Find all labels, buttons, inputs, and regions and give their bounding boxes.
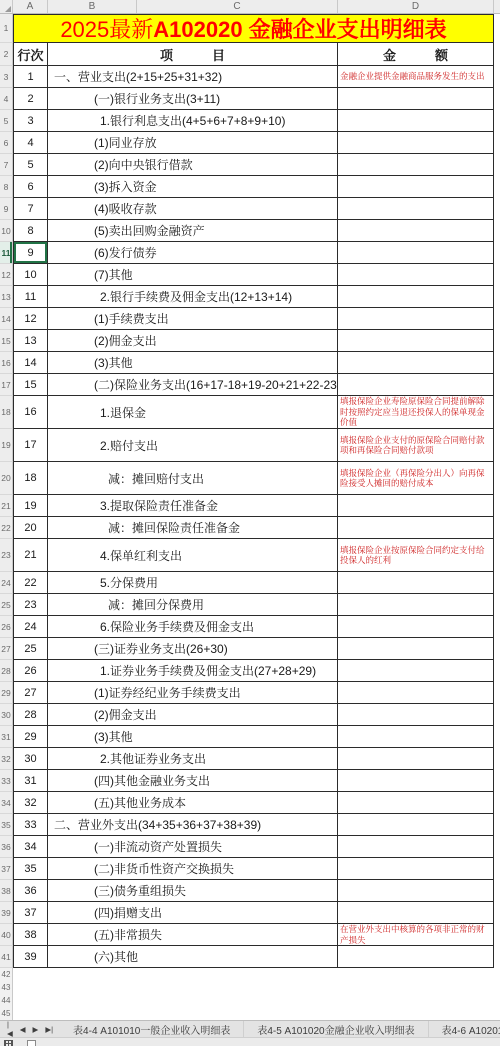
table-row: 1715(二)保险业务支出(16+17-18+19-20+21+22-23+24… [0,374,500,396]
cell-item[interactable]: (2)佣金支出 [48,330,338,352]
cell-item[interactable]: 2.赔付支出 [48,429,338,462]
cell-amount[interactable] [338,814,494,836]
cell-amount[interactable] [338,572,494,594]
cell-item[interactable]: (五)非常损失 [48,924,338,946]
cell-amount[interactable] [338,946,494,968]
row-header[interactable]: 34 [0,792,13,814]
cell-item[interactable]: (2)向中央银行借款 [48,154,338,176]
cell-line-number[interactable]: 12 [13,308,48,330]
cell-line-number[interactable]: 39 [13,946,48,968]
table-row: 1614(3)其他 [0,352,500,374]
cell-item[interactable]: (一)银行业务支出(3+11) [48,88,338,110]
cell-amount[interactable] [338,726,494,748]
cell-amount[interactable]: 填报保险企业按原保险合同约定支付给投保人的红利 [338,539,494,572]
cell-item[interactable]: 2.其他证券业务支出 [48,748,338,770]
table-row: 2725(三)证券业务支出(26+30) [0,638,500,660]
cell-line-number[interactable]: 27 [13,682,48,704]
row-header[interactable]: 12 [0,264,13,286]
row-header[interactable]: 8 [0,176,13,198]
table-row: 3028(2)佣金支出 [0,704,500,726]
column-header-strip: A B C D [0,0,500,14]
header-line-number[interactable]: 行次 [13,43,48,66]
cell-amount[interactable] [338,308,494,330]
status-bar [0,1037,500,1046]
cell-item[interactable]: (1)手续费支出 [48,308,338,330]
sheet-tab-a101020[interactable]: 表4-5 A101020金融企业收入明细表 [244,1021,428,1037]
cell-line-number[interactable]: 17 [13,429,48,462]
column-header-a[interactable]: A [13,0,48,13]
grid-view-icon[interactable] [4,1040,13,1046]
cell-amount[interactable]: 填报保险企业寿险原保险合同提前解除时按照约定应当退还投保人的保单现金价值 [338,396,494,429]
row-header[interactable]: 28 [0,660,13,682]
table-body: 31一、营业支出(2+15+25+31+32)金融企业提供金融商品服务发生的支出… [0,66,500,1020]
row-header[interactable]: 5 [0,110,13,132]
cell-item[interactable]: (二)保险业务支出(16+17-18+19-20+21+22-23+24) [48,374,338,396]
table-row: 2220减：摊回保险责任准备金 [0,517,500,539]
title-main: A102020 金融企业支出明细表 [153,14,446,43]
row-header[interactable]: 33 [0,770,13,792]
cell-item[interactable]: (3)其他 [48,352,338,374]
cell-line-number[interactable]: 29 [13,726,48,748]
next-sheet-icon[interactable]: ▶ [33,1025,39,1034]
cell-amount[interactable] [338,495,494,517]
cell-line-number[interactable]: 22 [13,572,48,594]
title-row: 1 2025最新A102020 金融企业支出明细表 [0,14,500,43]
sheet-tab-a102010[interactable]: 表4-6 A102010一般企业成本支出明细表 [429,1021,500,1037]
table-row: 23214.保单红利支出填报保险企业按原保险合同约定支付给投保人的红利 [0,539,500,572]
cell-line-number[interactable]: 5 [13,154,48,176]
table-row: 75(2)向中央银行借款 [0,154,500,176]
cell-item[interactable]: (3)其他 [48,726,338,748]
select-all-corner[interactable] [0,0,13,13]
table-row: 3937(四)捐赠支出 [0,902,500,924]
row-header[interactable]: 7 [0,154,13,176]
row-header[interactable]: 1 [0,14,13,43]
cell-item[interactable]: (2)佣金支出 [48,704,338,726]
row-header[interactable]: 21 [0,495,13,517]
row-header[interactable]: 22 [0,517,13,539]
row-header[interactable]: 41 [0,946,13,968]
cell-item[interactable]: (1)证券经纪业务手续费支出 [48,682,338,704]
cell-line-number[interactable]: 26 [13,660,48,682]
cell-line-number[interactable]: 7 [13,198,48,220]
sheet-tab-bar: |◀ ◀ ▶ ▶| 表4-4 A101010一般企业收入明细表 表4-5 A10… [0,1020,500,1037]
table-row: 1513(2)佣金支出 [0,330,500,352]
cell-item[interactable]: (三)证券业务支出(26+30) [48,638,338,660]
row-header[interactable]: 10 [0,220,13,242]
table-row: 97(4)吸收存款 [0,198,500,220]
cell-amount[interactable] [338,154,494,176]
column-header-filler [494,0,500,13]
cell-item[interactable]: 2.银行手续费及佣金支出(12+13+14) [48,286,338,308]
cell-amount[interactable] [338,242,494,264]
row-header[interactable]: 26 [0,616,13,638]
row-header[interactable]: 37 [0,858,13,880]
table-row: 2523减：摊回分保费用 [0,594,500,616]
cell-item[interactable]: 减：摊回分保费用 [48,594,338,616]
cell-amount[interactable] [338,858,494,880]
row-header[interactable]: 43 [0,981,13,994]
cell-item[interactable]: 1.退保金 [48,396,338,429]
table-header-row: 2 行次 项 目 金 额 [0,43,500,66]
table-row: 86(3)拆入资金 [0,176,500,198]
table-row: 1210(7)其他 [0,264,500,286]
table-row: 21193.提取保险责任准备金 [0,495,500,517]
row-header[interactable]: 17 [0,374,13,396]
row-header[interactable]: 32 [0,748,13,770]
select-all-triangle-icon [5,6,11,12]
cell-item[interactable]: (六)其他 [48,946,338,968]
cell-amount[interactable] [338,792,494,814]
cell-line-number[interactable]: 23 [13,594,48,616]
row-header[interactable]: 20 [0,462,13,495]
row-header[interactable]: 4 [0,88,13,110]
table-row: 13112.银行手续费及佣金支出(12+13+14) [0,286,500,308]
row-header[interactable]: 19 [0,429,13,462]
row-header[interactable]: 44 [0,994,13,1007]
cell-item[interactable]: 一、营业支出(2+15+25+31+32) [48,66,338,88]
row-header[interactable]: 29 [0,682,13,704]
cell-line-number[interactable]: 31 [13,770,48,792]
row-header[interactable]: 38 [0,880,13,902]
row-header[interactable]: 39 [0,902,13,924]
cell-item[interactable]: 5.分保费用 [48,572,338,594]
row-header[interactable]: 6 [0,132,13,154]
cell-amount[interactable] [338,902,494,924]
cell-amount[interactable] [338,88,494,110]
row-header[interactable]: 2 [0,43,13,66]
cell-amount[interactable] [338,220,494,242]
cell-item[interactable]: 1.证券业务手续费及佣金支出(27+28+29) [48,660,338,682]
table-row: 24225.分保费用 [0,572,500,594]
cell-line-number[interactable]: 6 [13,176,48,198]
column-header-b[interactable]: B [48,0,137,13]
cell-item[interactable]: (四)捐赠支出 [48,902,338,924]
cell-item[interactable]: 减：摊回保险责任准备金 [48,517,338,539]
row-header[interactable]: 36 [0,836,13,858]
cell-amount[interactable] [338,638,494,660]
row-header[interactable]: 24 [0,572,13,594]
row-header[interactable]: 14 [0,308,13,330]
empty-row: 43 [0,981,500,994]
cell-line-number[interactable]: 18 [13,462,48,495]
row-header[interactable]: 35 [0,814,13,836]
sheet-tab-a101010[interactable]: 表4-4 A101010一般企业收入明细表 [60,1021,244,1037]
empty-row: 44 [0,994,500,1007]
column-header-c[interactable]: C [137,0,338,13]
header-item[interactable]: 项 目 [48,43,338,66]
row-header[interactable]: 42 [0,968,13,981]
cell-line-number[interactable]: 34 [13,836,48,858]
prev-sheet-icon[interactable]: ◀ [20,1025,26,1034]
cell-line-number[interactable]: 9 [13,242,48,264]
table-row: 4038(五)非常损失在营业外支出中核算的各项非正常的财产损失 [0,924,500,946]
table-row: 18161.退保金填报保险企业寿险原保险合同提前解除时按照约定应当退还投保人的保… [0,396,500,429]
cell-item[interactable]: 6.保险业务手续费及佣金支出 [48,616,338,638]
table-row: 3533二、营业外支出(34+35+36+37+38+39) [0,814,500,836]
row-header[interactable]: 27 [0,638,13,660]
cell-item[interactable]: (四)其他金融业务支出 [48,770,338,792]
table-row: 2018减：摊回赔付支出填报保险企业（再保险分出人）向再保险接受人摊回的赔付成本 [0,462,500,495]
cell-line-number[interactable]: 38 [13,924,48,946]
cell-amount[interactable] [338,616,494,638]
table-row: 32302.其他证券业务支出 [0,748,500,770]
cell-amount[interactable] [338,660,494,682]
first-sheet-icon[interactable]: |◀ [7,1020,13,1037]
cell-line-number[interactable]: 25 [13,638,48,660]
cell-amount[interactable] [338,704,494,726]
cell-line-number[interactable]: 35 [13,858,48,880]
table-row: 531.银行利息支出(4+5+6+7+8+9+10) [0,110,500,132]
cell-line-number[interactable]: 21 [13,539,48,572]
cell-item[interactable]: (一)非流动资产处置损失 [48,836,338,858]
cell-amount[interactable] [338,770,494,792]
cell-amount[interactable] [338,264,494,286]
row-header[interactable]: 25 [0,594,13,616]
cell-amount[interactable] [338,594,494,616]
row-header[interactable]: 45 [0,1007,13,1020]
table-row: 3432(五)其他业务成本 [0,792,500,814]
cell-item[interactable]: 4.保单红利支出 [48,539,338,572]
sheet-title-cell[interactable]: 2025最新A102020 金融企业支出明细表 [13,14,494,43]
table-row: 26246.保险业务手续费及佣金支出 [0,616,500,638]
cell-amount[interactable]: 填报保险企业（再保险分出人）向再保险接受人摊回的赔付成本 [338,462,494,495]
cell-amount[interactable] [338,330,494,352]
cell-item[interactable]: 1.银行利息支出(4+5+6+7+8+9+10) [48,110,338,132]
cell-amount[interactable]: 填报保险企业支付的原保险合同赔付款项和再保险合同赔付款项 [338,429,494,462]
row-header[interactable]: 15 [0,330,13,352]
table-row: 31一、营业支出(2+15+25+31+32)金融企业提供金融商品服务发生的支出 [0,66,500,88]
cell-amount[interactable] [338,880,494,902]
cell-amount[interactable] [338,176,494,198]
table-row: 1412(1)手续费支出 [0,308,500,330]
cell-amount[interactable] [338,352,494,374]
cell-line-number[interactable]: 8 [13,220,48,242]
cell-line-number[interactable]: 13 [13,330,48,352]
row-header[interactable]: 13 [0,286,13,308]
table-row: 19172.赔付支出填报保险企业支付的原保险合同赔付款项和再保险合同赔付款项 [0,429,500,462]
table-row: 3836(三)债务重组损失 [0,880,500,902]
title-prefix: 2025最新 [60,14,153,43]
cell-amount[interactable] [338,374,494,396]
cell-line-number[interactable]: 10 [13,264,48,286]
row-header[interactable]: 16 [0,352,13,374]
cell-line-number[interactable]: 2 [13,88,48,110]
cell-line-number[interactable]: 4 [13,132,48,154]
column-header-d[interactable]: D [338,0,494,13]
cell-line-number[interactable]: 3 [13,110,48,132]
cell-item[interactable]: (4)吸收存款 [48,198,338,220]
table-row: 4139(六)其他 [0,946,500,968]
header-amount[interactable]: 金 额 [338,43,494,66]
table-row: 3331(四)其他金融业务支出 [0,770,500,792]
cell-amount[interactable] [338,836,494,858]
cell-amount[interactable]: 金融企业提供金融商品服务发生的支出 [338,66,494,88]
table-row: 28261.证券业务手续费及佣金支出(27+28+29) [0,660,500,682]
cell-amount[interactable] [338,286,494,308]
table-row: 3634(一)非流动资产处置损失 [0,836,500,858]
cell-line-number[interactable]: 16 [13,396,48,429]
table-row: 3735(二)非货币性资产交换损失 [0,858,500,880]
cell-line-number[interactable]: 20 [13,517,48,539]
cell-line-number[interactable]: 19 [13,495,48,517]
cell-amount[interactable] [338,198,494,220]
cell-line-number[interactable]: 36 [13,880,48,902]
cell-amount[interactable] [338,517,494,539]
cell-item[interactable]: (3)拆入资金 [48,176,338,198]
cell-line-number[interactable]: 14 [13,352,48,374]
cell-amount[interactable] [338,110,494,132]
cell-amount[interactable] [338,132,494,154]
table-row: 108(5)卖出回购金融资产 [0,220,500,242]
table-row: 64(1)同业存放 [0,132,500,154]
table-row: 3129(3)其他 [0,726,500,748]
row-header[interactable]: 30 [0,704,13,726]
cell-item[interactable]: (五)其他业务成本 [48,792,338,814]
cell-item[interactable]: (7)其他 [48,264,338,286]
row-header[interactable]: 11 [0,242,13,264]
cell-line-number[interactable]: 33 [13,814,48,836]
cell-line-number[interactable]: 30 [13,748,48,770]
cell-line-number[interactable]: 15 [13,374,48,396]
spreadsheet-window: A B C D 1 2025最新A102020 金融企业支出明细表 2 行次 项… [0,0,500,1046]
row-header[interactable]: 3 [0,66,13,88]
row-header[interactable]: 23 [0,539,13,572]
table-row: 2927(1)证券经纪业务手续费支出 [0,682,500,704]
cell-item[interactable]: (5)卖出回购金融资产 [48,220,338,242]
table-row: 119(6)发行债券 [0,242,500,264]
cell-item[interactable]: 减：摊回赔付支出 [48,462,338,495]
cell-line-number[interactable]: 37 [13,902,48,924]
tab-navigation: |◀ ◀ ▶ ▶| [0,1021,60,1037]
cell-item[interactable]: (6)发行债券 [48,242,338,264]
row-header[interactable]: 31 [0,726,13,748]
cell-item[interactable]: 3.提取保险责任准备金 [48,495,338,517]
cell-line-number[interactable]: 11 [13,286,48,308]
row-header[interactable]: 9 [0,198,13,220]
empty-row: 42 [0,968,500,981]
empty-row: 45 [0,1007,500,1020]
cell-item[interactable]: (1)同业存放 [48,132,338,154]
cell-line-number[interactable]: 24 [13,616,48,638]
cell-item[interactable]: 二、营业外支出(34+35+36+37+38+39) [48,814,338,836]
last-sheet-icon[interactable]: ▶| [45,1025,53,1034]
cell-line-number[interactable]: 1 [13,66,48,88]
cell-amount[interactable]: 在营业外支出中核算的各项非正常的财产损失 [338,924,494,946]
row-header[interactable]: 18 [0,396,13,429]
cell-item[interactable]: (三)债务重组损失 [48,880,338,902]
page-view-icon[interactable] [27,1040,36,1046]
cell-amount[interactable] [338,682,494,704]
cell-line-number[interactable]: 28 [13,704,48,726]
row-header[interactable]: 40 [0,924,13,946]
cell-amount[interactable] [338,748,494,770]
cell-item[interactable]: (二)非货币性资产交换损失 [48,858,338,880]
table-row: 42(一)银行业务支出(3+11) [0,88,500,110]
cell-line-number[interactable]: 32 [13,792,48,814]
